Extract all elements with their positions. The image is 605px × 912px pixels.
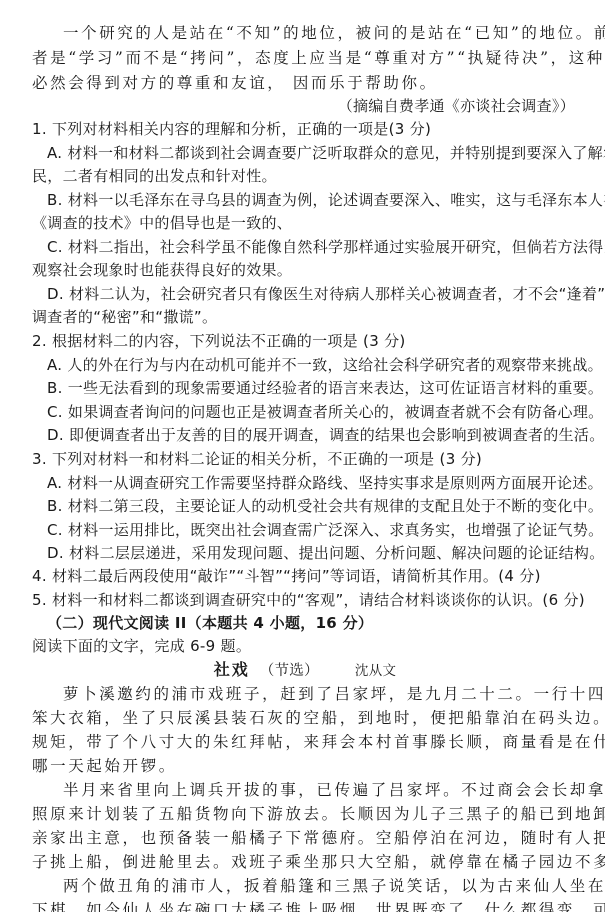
story-line: 半月来省里向上调兵开拔的事，已传遍了吕家坪。不过商会会长却拿定了主意： [32,780,605,800]
story-line: 下棋，如今仙人坐在碗口大橘子堆上吸烟，世界既变了，什么都得变。可是三黑子却 [32,900,578,912]
q1-option-c-cont: 观察社会现象时也能获得良好的效果。 [32,260,578,280]
story-line: 照原来计划装了五船货物向下游放去。长顺因为儿子三黑子的船已到地卸货，听会长 [32,804,578,824]
story-title-row: 社戏（节选）沈从文 [32,660,578,681]
excerpt-line: 者是“学习”而不是“拷问”，态度上应当是“尊重对方”“执疑待决”，这种态度 [32,48,578,68]
story-line: 两个做丑角的浦市人，扳着船篷和三黑子说笑话，以为古来仙人坐在斗大橘子中 [32,876,605,896]
q1-option-c: C. 材料二指出，社会科学虽不能像自然科学那样通过实验展开研究，但倘若方法得当， [32,237,593,257]
story-line: 规矩，带了个八寸大的朱红拜帖，来拜会本村首事滕长顺，商量看是在什么地方搭台， [32,732,578,752]
q3-option-d: D. 材料二层层递进，采用发现问题、提出问题、分析问题、解决问题的论证结构。 [32,543,593,563]
story-line: 子挑上船，倒进舱里去。戏班子乘坐那只大空船，就停靠在橘子园边不多远。 [32,852,578,872]
q1-option-a: A. 材料一和材料二都谈到社会调查要广泛听取群众的意见，并特别提到要深入了解农 [32,143,593,163]
section-2-instruction: 阅读下面的文字，完成 6-9 题。 [32,636,578,656]
section-2-heading: （二）现代文阅读 II（本题共 4 小题，16 分） [32,613,593,633]
q1-option-b-cont: 《调查的技术》中的倡导也是一致的、 [32,213,578,233]
story-line: 笨大衣箱，坐了只辰溪县装石灰的空船，到地时，便把船靠泊在码头边。掌班依照老 [32,708,578,728]
q1-option-b: B. 材料一以毛泽东在寻乌县的调查为例，论述调查要深入、唯实，这与毛泽东本人在 [32,190,593,210]
q3-option-b: B. 材料二第三段，主要论证人的动机受社会共有规律的支配且处于不断的变化中。 [32,496,593,516]
excerpt-citation: （摘编自费孝通《亦谈社会调查》） [32,96,575,116]
excerpt-line: 一个研究的人是站在“不知”的地位，被问的是站在“已知”的地位。前者对后 [32,23,605,43]
story-title: 社戏 [214,660,250,679]
question-4-stem: 4. 材料二最后两段使用“敲诈”“斗智”“拷问”等词语，请简析其作用。(4 分) [32,566,578,586]
q2-option-a: A. 人的外在行为与内在动机可能并不一致，这给社会科学研究者的观察带来挑战。 [32,355,593,375]
q3-option-c: C. 材料一运用排比，既突出社会调查需广泛深入、求真务实，也增强了论证气势。 [32,520,593,540]
question-1-stem: 1. 下列对材料相关内容的理解和分析，正确的一项是(3 分) [32,119,578,139]
q3-option-a: A. 材料一从调查研究工作需要坚持群众路线、坚持实事求是原则两方面展开论述。 [32,473,593,493]
q1-option-d: D. 材料二认为，社会研究者只有像医生对待病人那样关心被调查者，才不会“逢着”被 [32,284,593,304]
story-line: 亲家出主意，也预备装一船橘子下常德府。空船停泊在河边，随时有人把黄澄澄的橘 [32,828,578,848]
question-5-stem: 5. 材料一和材料二都谈到调查研究中的“客观”，请结合材料谈谈你的认识。(6 分… [32,590,578,610]
question-2-stem: 2. 根据材料二的内容，下列说法不正确的一项是 (3 分) [32,331,578,351]
q2-option-d: D. 即便调查者出于友善的目的展开调查，调查的结果也会影响到被调查者的生活。 [32,425,593,445]
excerpt-line: 必然会得到对方的尊重和友谊， 因而乐于帮助你。 [32,73,578,93]
q2-option-c: C. 如果调查者询问的问题也正是被调查者所关心的，被调查者就不会有防备心理。 [32,402,593,422]
question-3-stem: 3. 下列对材料一和材料二论证的相关分析，不正确的一项是 (3 分) [32,449,578,469]
q1-option-d-cont: 调查者的“秘密”和“撒谎”。 [32,307,578,327]
story-title-note: （节选） [260,663,319,679]
story-author: 沈从文 [355,663,396,679]
story-line: 萝卜溪邀约的浦市戏班子，赶到了吕家坪，是九月二十二。一行十四个人，八个 [32,684,605,704]
story-line: 哪一天起始开锣。 [32,756,578,776]
q1-option-a-cont: 民，二者有相同的出发点和针对性。 [32,166,578,186]
q2-option-b: B. 一些无法看到的现象需要通过经验者的语言来表达，这可佐证语言材料的重要。 [32,378,593,398]
